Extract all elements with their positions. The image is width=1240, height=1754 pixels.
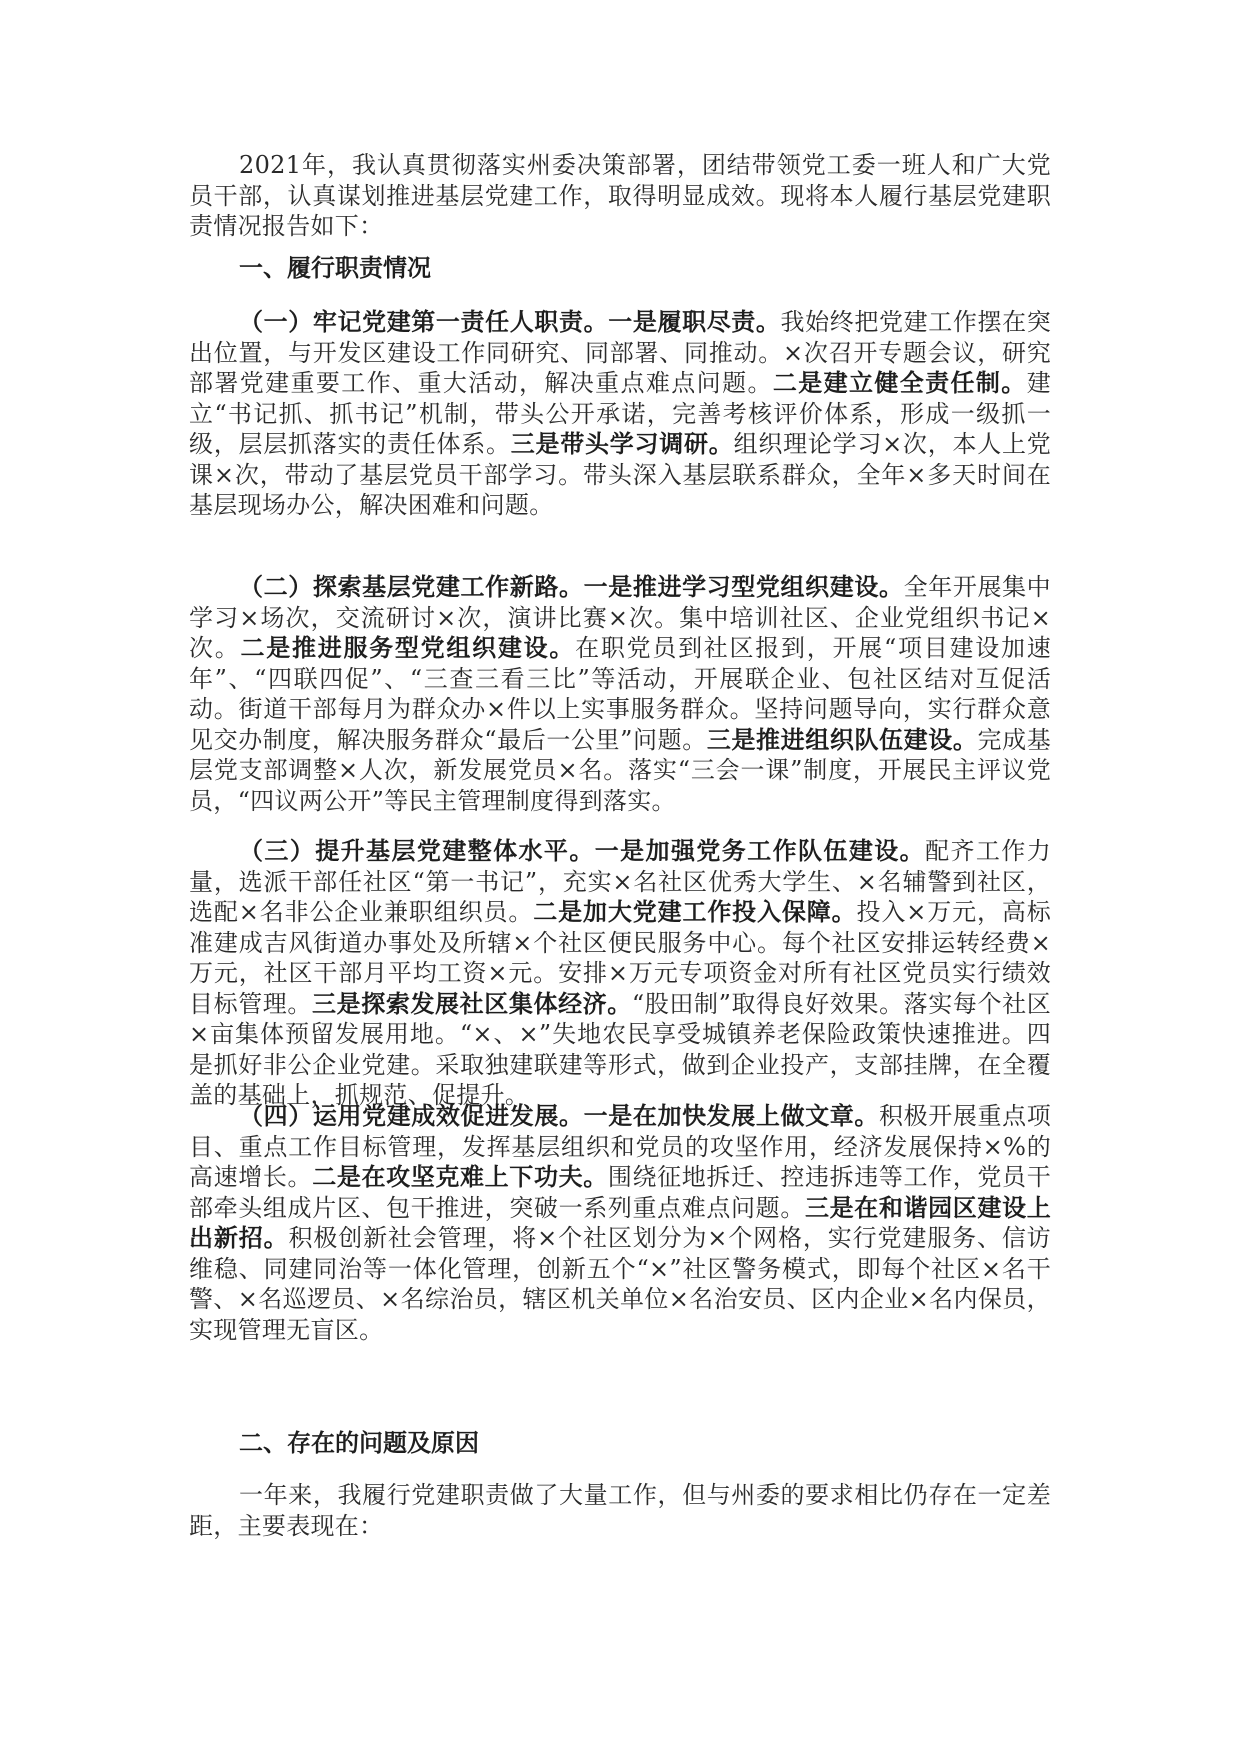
section-heading-2: 二、存在的问题及原因 xyxy=(189,1428,1051,1459)
closing-paragraph: 一年来，我履行党建职责做了大量工作，但与州委的要求相比仍存在一定差距，主要表现在… xyxy=(189,1480,1051,1541)
section-heading-1: 一、履行职责情况 xyxy=(189,253,1051,284)
bold-run: （二）探索基层党建工作新路。 xyxy=(239,572,584,601)
bold-run: 三是带头学习调研。 xyxy=(511,429,734,458)
text-run: 积极创新社会管理，将×个社区划分为×个网格，实行党建服务、信访维稳、同建同治等一… xyxy=(189,1224,1051,1344)
bold-run: （三）提升基层党建整体水平。 xyxy=(239,836,595,865)
bold-run: 一是在加快发展上做文章。 xyxy=(584,1101,879,1130)
bold-run: 一是推进学习型党组织建设。 xyxy=(584,572,904,601)
subsection-paragraph-4: （四）运用党建成效促进发展。一是在加快发展上做文章。积极开展重点项目、重点工作目… xyxy=(189,1101,1051,1345)
intro-paragraph: 2021年，我认真贯彻落实州委决策部署，团结带领党工委一班人和广大党员干部，认真… xyxy=(189,150,1051,242)
bold-run: 三是推进组织队伍建设。 xyxy=(707,725,978,754)
bold-run: 二是加大党建工作投入保障。 xyxy=(533,897,856,926)
subsection-paragraph-2: （二）探索基层党建工作新路。一是推进学习型党组织建设。全年开展集中学习×场次，交… xyxy=(189,572,1051,816)
bold-run: 一是加强党务工作队伍建设。 xyxy=(595,836,925,865)
bold-run: （一）牢记党建第一责任人职责。 xyxy=(239,307,608,336)
bold-run: 一是履职尽责。 xyxy=(608,307,780,336)
bold-run: 二是推进服务型党组织建设。 xyxy=(240,633,575,662)
bold-run: 二是在攻坚克难上下功夫。 xyxy=(312,1162,608,1191)
bold-run: 三是探索发展社区集体经济。 xyxy=(312,989,632,1018)
subsection-paragraph-3: （三）提升基层党建整体水平。一是加强党务工作队伍建设。配齐工作力量，选派干部任社… xyxy=(189,836,1051,1111)
bold-run: 二是建立健全责任制。 xyxy=(773,368,1027,397)
text-run: 2021年，我认真贯彻落实州委决策部署，团结带领党工委一班人和广大党员干部，认真… xyxy=(189,151,1051,240)
subsection-paragraph-1: （一）牢记党建第一责任人职责。一是履职尽责。我始终把党建工作摆在突出位置，与开发… xyxy=(189,307,1051,521)
bold-run: （四）运用党建成效促进发展。 xyxy=(239,1101,584,1130)
text-run: 一年来，我履行党建职责做了大量工作，但与州委的要求相比仍存在一定差距，主要表现在… xyxy=(189,1481,1051,1540)
